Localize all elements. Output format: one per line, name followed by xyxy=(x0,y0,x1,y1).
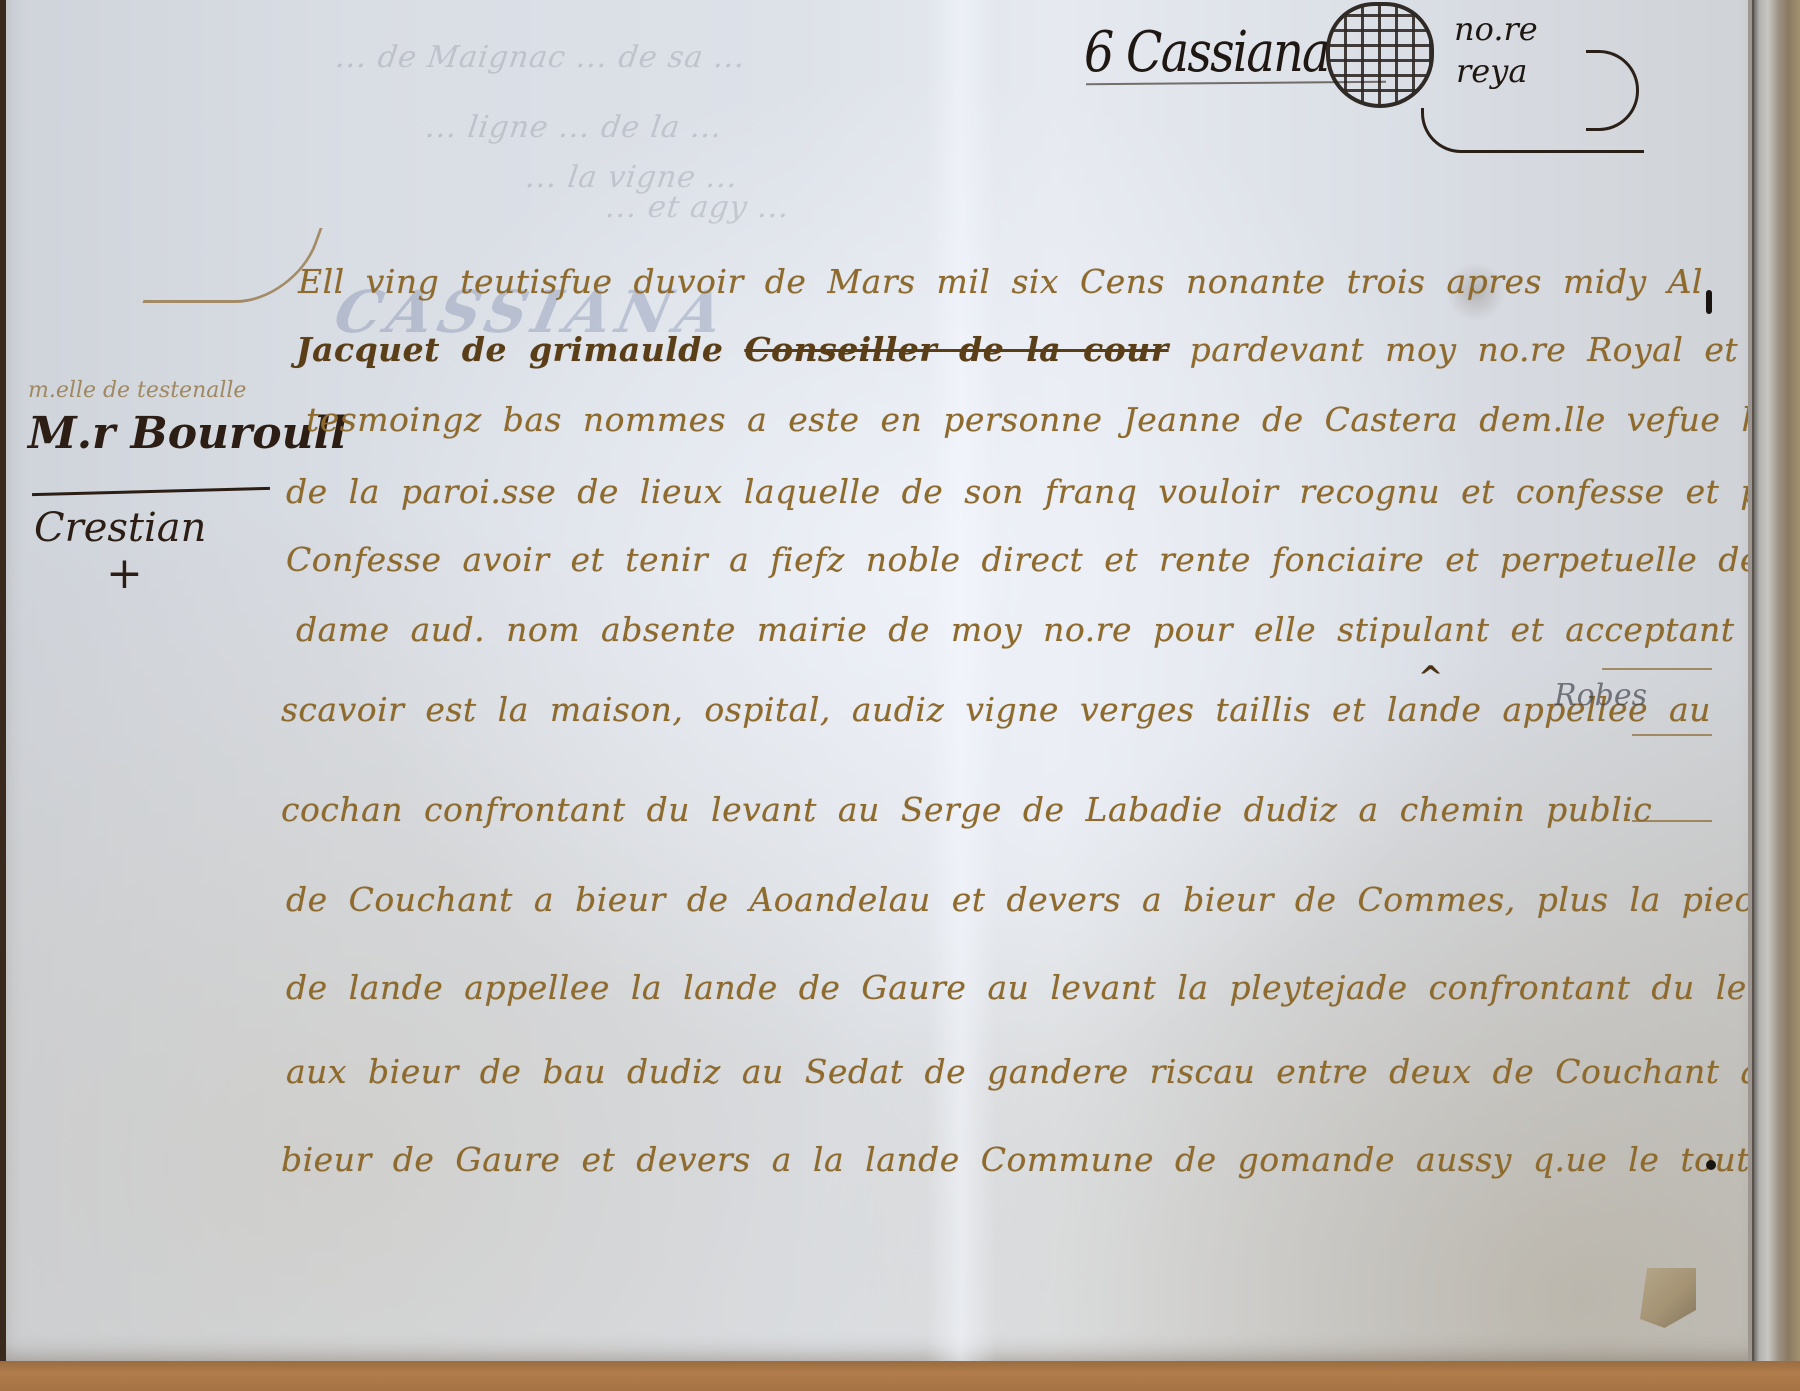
margin-name-primary: M.r Bouroull xyxy=(28,408,347,459)
line-filler-dash xyxy=(1632,734,1712,736)
ink-blot xyxy=(1706,1160,1716,1170)
pencil-annotation: Robes xyxy=(1554,678,1647,713)
body-line-4: de la paroi.sse de lieux laquelle de son… xyxy=(286,472,1756,511)
paragraph-flourish-icon xyxy=(142,228,322,303)
signature-note-line-1: no.re xyxy=(1454,10,1538,48)
signature-prefix: 6 xyxy=(1084,20,1113,85)
line-filler-dash xyxy=(1632,820,1712,822)
body-line-7: scavoir est la maison, ospital, audiz vi… xyxy=(281,690,1711,729)
body-line-2-post: pardevant moy no.re Royal et xyxy=(1190,330,1739,369)
folded-corner xyxy=(1626,1268,1696,1328)
body-line-1: Ell ving teutisfue duvoir de Mars mil si… xyxy=(298,262,1703,301)
body-line-10: de lande appellee la lande de Gaure au l… xyxy=(286,968,1756,1007)
insertion-caret-icon: ^ xyxy=(1418,660,1443,695)
signature-flourish-icon xyxy=(1326,2,1434,108)
wooden-table-surface xyxy=(0,1361,1800,1391)
signature-swoosh-flourish xyxy=(1421,108,1644,153)
margin-cross-mark: + xyxy=(106,548,143,599)
bleed-through-line: ... et agy ... xyxy=(604,190,793,225)
margin-divider xyxy=(32,487,270,496)
margin-small-note: m.elle de testenalle xyxy=(28,378,246,403)
body-line-11: aux bieur de bau dudiz au Sedat de gande… xyxy=(286,1052,1756,1091)
bleed-through-line: ... ligne ... de la ... xyxy=(424,110,725,145)
body-line-2-pre: Jacquet de grimaulde xyxy=(296,330,723,369)
bleed-through-line: ... de Maignac ... de sa ... xyxy=(334,40,749,75)
margin-name-secondary: Crestian xyxy=(34,505,206,551)
body-line-9: de Couchant a bieur de Aoandelau et deve… xyxy=(286,880,1756,919)
line-filler-dash xyxy=(1602,668,1712,670)
body-line-2: Jacquet de grimaulde Conseiller de la co… xyxy=(296,330,1738,369)
ink-blot xyxy=(1706,290,1712,314)
body-line-6: dame aud. nom absente mairie de moy no.r… xyxy=(296,610,1735,649)
header-signature: 6 Cassiana xyxy=(1084,20,1329,85)
manuscript-page: ... de Maignac ... de sa ... ... ligne .… xyxy=(6,0,1756,1368)
body-line-8: cochan confrontant du levant au Serge de… xyxy=(281,790,1652,829)
signature-note-line-2: reya xyxy=(1456,52,1527,90)
signature-name: Cassiana xyxy=(1126,20,1329,85)
body-line-3: tesmoingz bas nommes a este en personne … xyxy=(306,400,1756,439)
book-binding-edge xyxy=(1752,0,1800,1368)
body-line-5: Confesse avoir et tenir a fiefz noble di… xyxy=(286,540,1756,579)
body-line-2-struck-text: Conseiller de la cour xyxy=(744,330,1168,369)
body-line-12: bieur de Gaure et devers a la lande Comm… xyxy=(281,1140,1756,1179)
